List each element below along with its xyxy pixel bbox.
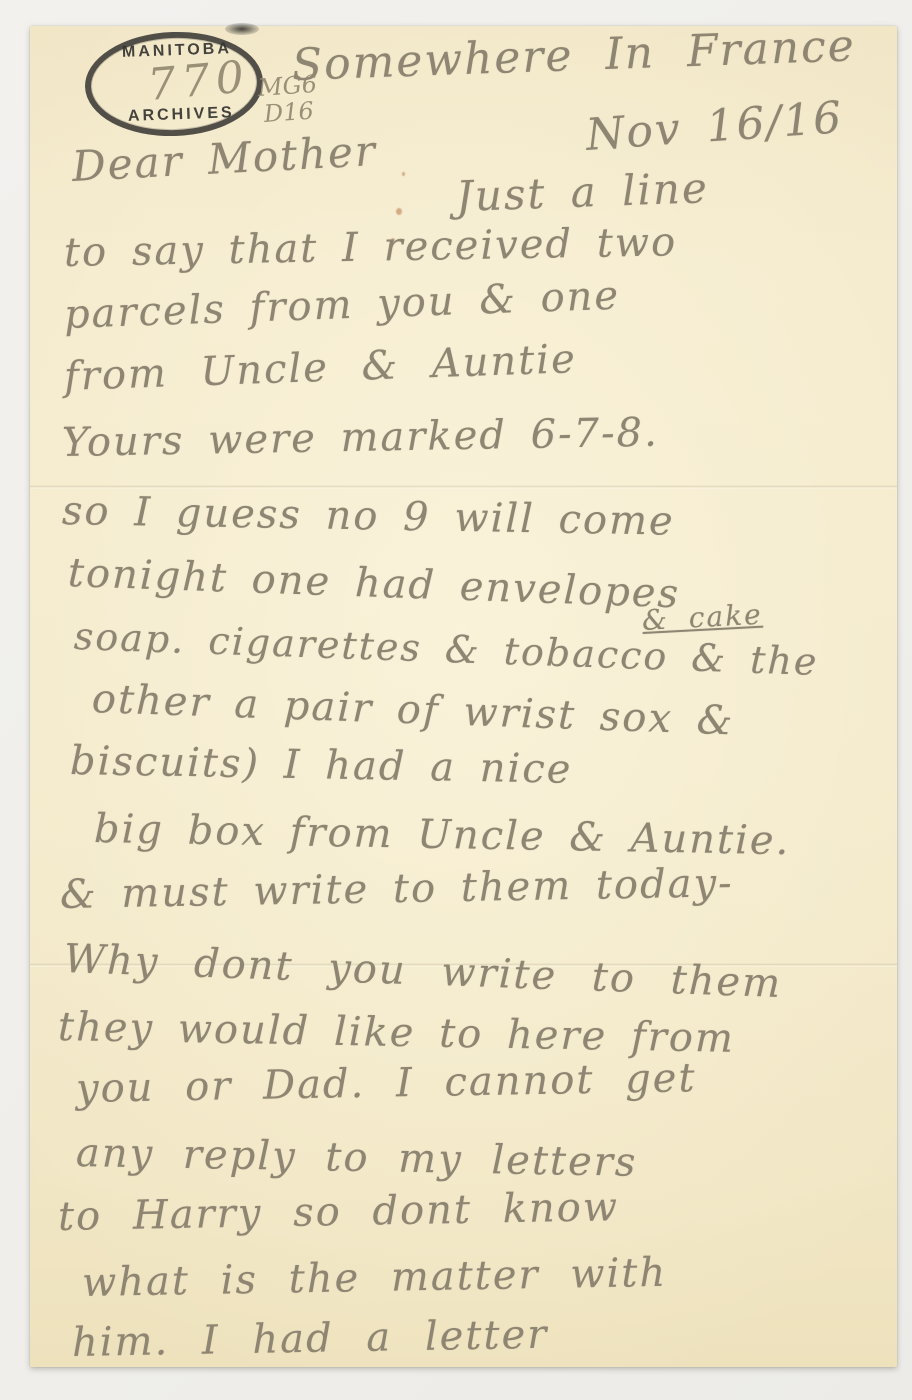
letter-line: other a pair of wrist sox & bbox=[91, 676, 735, 744]
letter-line: to say that I received two bbox=[64, 219, 678, 276]
letter-line: him. I had a letter bbox=[72, 1312, 549, 1366]
letter-line: tonight one had envelopes bbox=[67, 550, 681, 617]
letter-line: biscuits) I had a nice bbox=[70, 738, 573, 793]
letter-line: to Harry so dont know bbox=[58, 1184, 620, 1240]
letter-paper: MANITOBA 770 ARCHIVES MG6 D16 Somewhere … bbox=[30, 26, 897, 1367]
rust-stain bbox=[396, 208, 402, 215]
letter-line: parcels from you & one bbox=[63, 273, 621, 338]
letter-line: from Uncle & Auntie bbox=[63, 336, 577, 400]
letter-salutation: Dear Mother bbox=[71, 126, 378, 191]
letter-line: so I guess no 9 will come bbox=[62, 488, 676, 545]
letter-opening-phrase: Just a line bbox=[455, 163, 709, 221]
letter-line: any reply to my letters bbox=[76, 1130, 638, 1186]
letter-line: what is the matter with bbox=[82, 1250, 668, 1306]
scanned-letter-page: MANITOBA 770 ARCHIVES MG6 D16 Somewhere … bbox=[0, 0, 912, 1400]
ink-smudge bbox=[225, 23, 259, 35]
catalog-code-line2: D16 bbox=[263, 97, 315, 128]
letter-line: big box from Uncle & Auntie. bbox=[94, 806, 791, 864]
letter-line: Why dont you write to them bbox=[63, 936, 783, 1007]
letter-insertion-above-line: & cake bbox=[641, 598, 763, 637]
letter-line: you or Dad. I cannot get bbox=[76, 1055, 697, 1112]
rust-stain bbox=[402, 172, 405, 176]
letter-line: they would like to here from bbox=[58, 1004, 736, 1062]
stamp-number: 770 bbox=[146, 51, 252, 111]
letter-location-line: Somewhere In France bbox=[291, 20, 856, 91]
letter-line: Yours were marked 6-7-8. bbox=[62, 410, 659, 466]
letter-line: & must write to them today- bbox=[60, 860, 734, 918]
fold-crease bbox=[30, 485, 897, 489]
letter-date-line: Nov 16/16 bbox=[584, 92, 845, 161]
stamp-org-bottom: ARCHIVES bbox=[128, 104, 235, 126]
